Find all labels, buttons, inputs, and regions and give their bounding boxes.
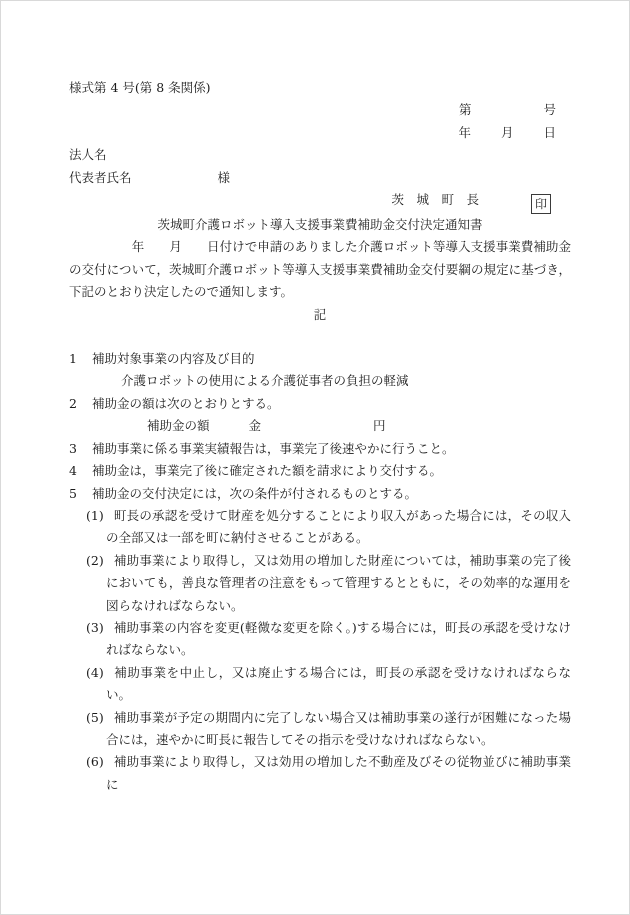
item-1-text: 補助対象事業の内容及び目的 — [92, 351, 255, 366]
amount-label: 補助金の額 — [147, 418, 210, 433]
seal-stamp: 印 — [531, 194, 551, 214]
condition-item-4: (4)補助事業を中止し，又は廃止する場合には，町長の承認を受けなければならない。 — [69, 662, 571, 707]
date-day-label: 日 — [543, 125, 556, 140]
condition-5-number: (5) — [86, 710, 104, 725]
date-year-label: 年 — [458, 125, 471, 140]
condition-item-5: (5)補助事業が予定の期間内に完了しない場合又は補助事業の遂行が困難になった場合… — [69, 707, 571, 752]
subsidy-amount-line: 補助金の額金円 — [69, 415, 571, 437]
date-month-label: 月 — [501, 125, 514, 140]
condition-6-number: (6) — [86, 754, 104, 769]
list-item-3: 3補助事業に係る事業実績報告は，事業完了後速やかに行うこと。 — [69, 438, 571, 460]
item-3-text: 補助事業に係る事業実績報告は，事業完了後速やかに行うこと。 — [92, 441, 455, 456]
list-item-5: 5補助金の交付決定には，次の条件が付されるものとする。 — [69, 483, 571, 505]
issuer-line: 茨 城 町 長印 — [69, 189, 571, 214]
list-item-2: 2補助金の額は次のとおりとする。 — [69, 393, 571, 415]
condition-item-3: (3)補助事業の内容を変更(軽微な変更を除く。)する場合には，町長の承認を受けな… — [69, 617, 571, 662]
item-2-text: 補助金の額は次のとおりとする。 — [92, 396, 280, 411]
form-label: 様式第 4 号(第 8 条関係) — [69, 77, 571, 99]
honorific-label: 様 — [218, 170, 231, 185]
document-page: 様式第 4 号(第 8 条関係) 第号 年月日 法人名 代表者氏名様 茨 城 町… — [0, 0, 630, 915]
condition-4-text: 補助事業を中止し，又は廃止する場合には，町長の承認を受けなければならない。 — [106, 665, 571, 702]
condition-1-number: (1) — [86, 508, 104, 523]
condition-1-text: 町長の承認を受けて財産を処分することにより収入があった場合には，その収入の全部又… — [106, 508, 571, 545]
item-4-text: 補助金は，事業完了後に確定された額を請求により交付する。 — [92, 463, 442, 478]
representative-name-label: 代表者氏名 — [69, 170, 132, 185]
list-item-1: 1補助対象事業の内容及び目的 — [69, 348, 571, 370]
item-4-number: 4 — [69, 463, 77, 478]
record-heading: 記 — [69, 304, 571, 326]
item-3-number: 3 — [69, 441, 77, 456]
doc-number-line: 第号 — [69, 99, 571, 121]
body-paragraph: 年 月 日付けで申請のありました介護ロボット等導入支援事業費補助金の交付について… — [69, 236, 571, 303]
item-5-number: 5 — [69, 486, 77, 501]
item-1-detail: 介護ロボットの使用による介護従事者の負担の軽減 — [69, 370, 571, 392]
corporate-name-label: 法人名 — [69, 147, 107, 162]
condition-3-text: 補助事業の内容を変更(軽微な変更を除く。)する場合には，町長の承認を受けなければ… — [106, 620, 571, 657]
item-5-text: 補助金の交付決定には，次の条件が付されるものとする。 — [92, 486, 417, 501]
item-2-number: 2 — [69, 396, 77, 411]
item-list: 1補助対象事業の内容及び目的 介護ロボットの使用による介護従事者の負担の軽減 2… — [69, 348, 571, 796]
condition-4-number: (4) — [86, 665, 104, 680]
document-title: 茨城町介護ロボット導入支援事業費補助金交付決定通知書 — [69, 214, 571, 236]
condition-3-number: (3) — [86, 620, 104, 635]
condition-2-text: 補助事業により取得し，又は効用の増加した財産については，補助事業の完了後において… — [106, 553, 571, 613]
item-1-number: 1 — [69, 351, 77, 366]
condition-item-2: (2)補助事業により取得し，又は効用の増加した財産については，補助事業の完了後に… — [69, 550, 571, 617]
representative-name-line: 代表者氏名様 — [69, 167, 571, 189]
condition-2-number: (2) — [86, 553, 104, 568]
condition-item-6: (6)補助事業により取得し，又は効用の増加した不動産及びその従物並びに補助事業に — [69, 751, 571, 796]
list-item-4: 4補助金は，事業完了後に確定された額を請求により交付する。 — [69, 460, 571, 482]
amount-prefix: 金 — [249, 418, 262, 433]
corporate-name-line: 法人名 — [69, 144, 571, 166]
issue-date-line: 年月日 — [69, 122, 571, 144]
issuer-name: 茨 城 町 長 — [391, 192, 479, 207]
condition-6-text: 補助事業により取得し，又は効用の増加した不動産及びその従物並びに補助事業に — [106, 754, 571, 791]
condition-item-1: (1)町長の承認を受けて財産を処分することにより収入があった場合には，その収入の… — [69, 505, 571, 550]
doc-number-prefix: 第 — [459, 102, 472, 117]
amount-suffix: 円 — [373, 418, 386, 433]
doc-number-suffix: 号 — [543, 102, 556, 117]
condition-5-text: 補助事業が予定の期間内に完了しない場合又は補助事業の遂行が困難になった場合には，… — [106, 710, 571, 747]
